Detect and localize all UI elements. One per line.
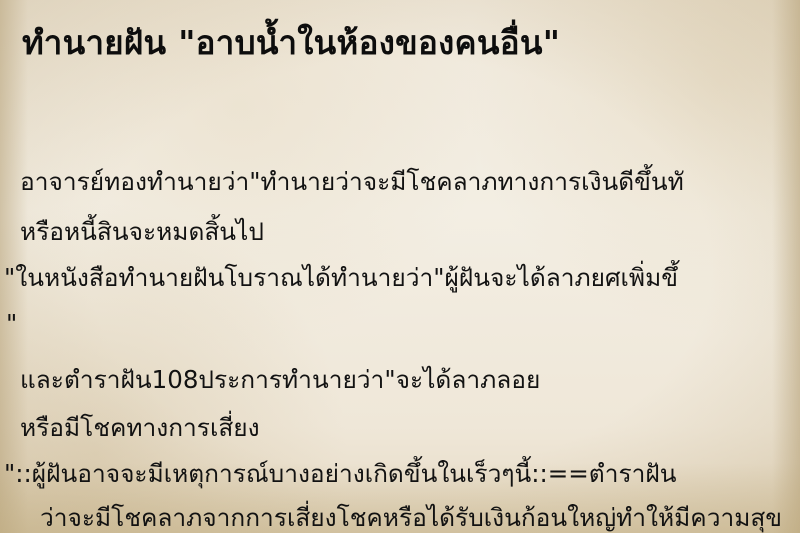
paper-edge-right [772, 0, 800, 533]
interpretation-line: ว่าจะมีโชคลาภจากการเสี่ยงโชคหรือได้รับเง… [40, 506, 782, 531]
interpretation-line: และตำราฝัน108ประการทำนายว่า"จะได้ลาภลอย [20, 368, 540, 393]
interpretation-line: หรือหนี้สินจะหมดสิ้นไป [20, 220, 264, 245]
interpretation-line: " [6, 312, 17, 337]
interpretation-line: "::ผู้ฝันอาจจะมีเหตุการณ์บางอย่างเกิดขึ้… [4, 462, 676, 487]
interpretation-line: หรือมีโชคทางการเสี่ยง [20, 416, 260, 441]
interpretation-line: "ในหนังสือทำนายฝันโบราณได้ทำนายว่า"ผู้ฝั… [4, 266, 678, 291]
interpretation-line: อาจารย์ทองทำนายว่า"ทำนายว่าจะมีโชคลาภทาง… [20, 170, 684, 195]
page-title: ทำนายฝัน "อาบน้ำในห้องของคนอื่น" [22, 16, 560, 69]
